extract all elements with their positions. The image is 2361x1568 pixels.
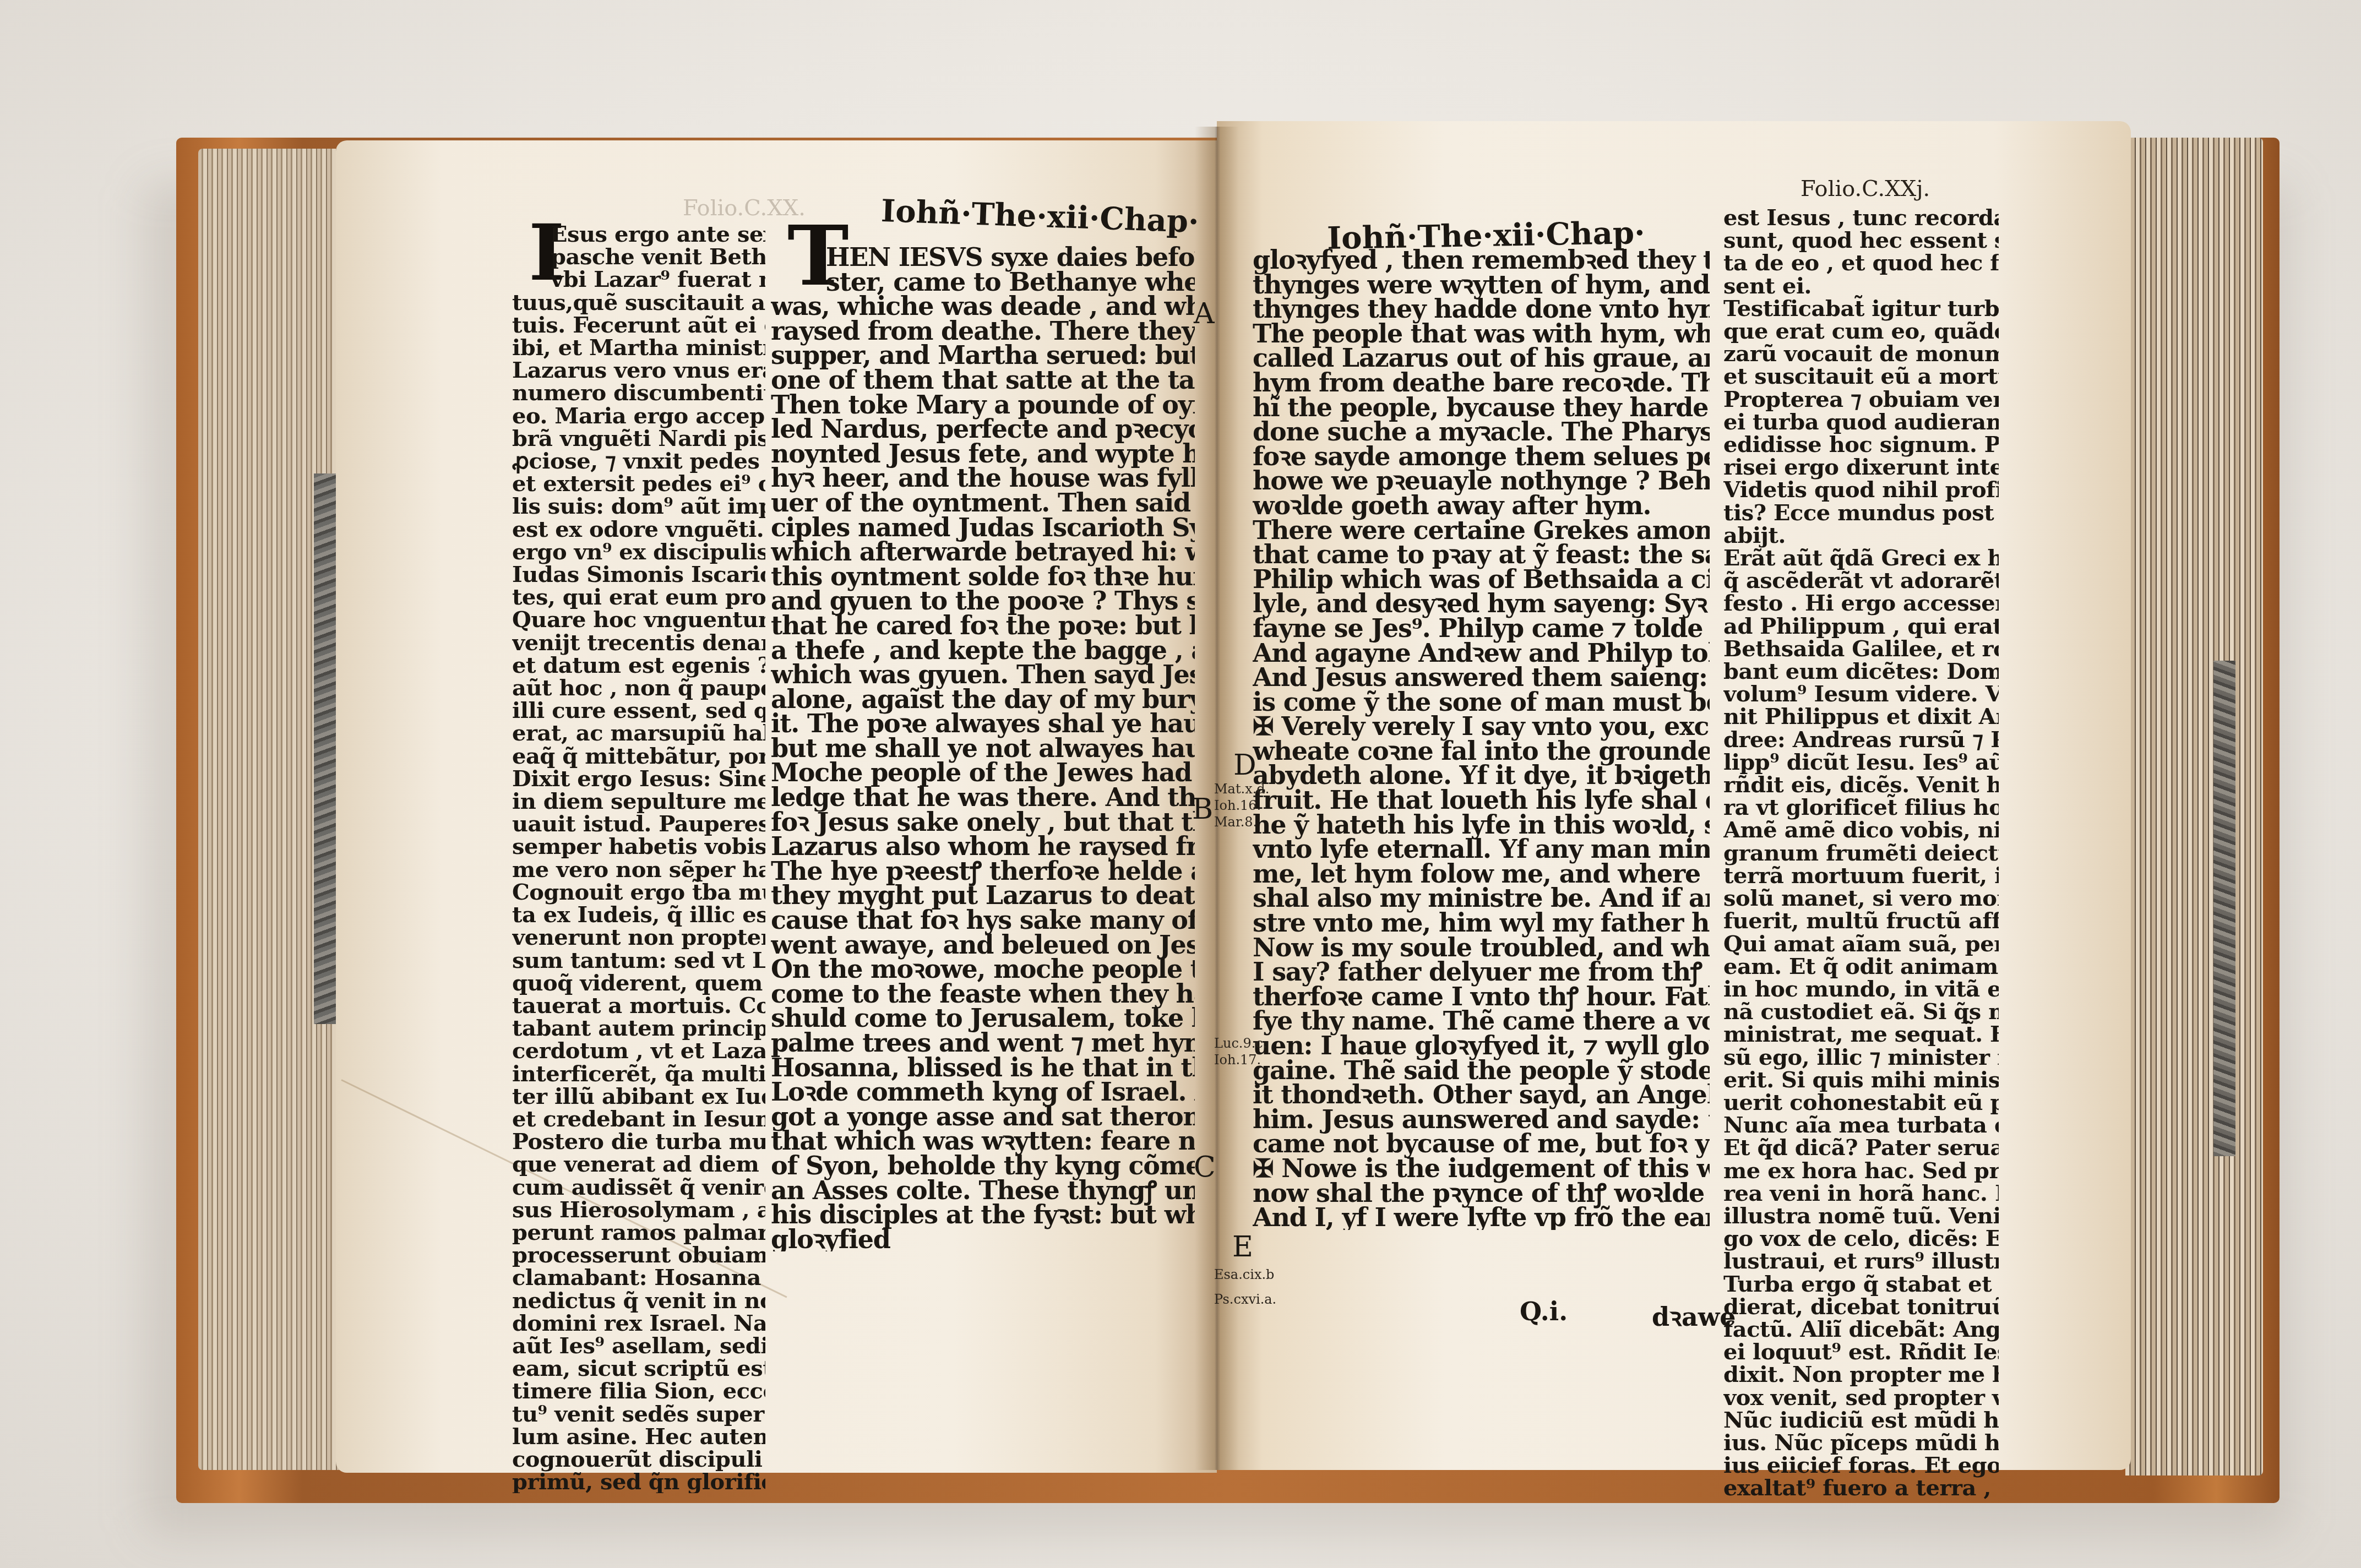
latin-column-left: Esus ergo ante sex diespasche venit Beth…	[512, 223, 765, 1493]
text-line: There were certaine Grekes among them,	[1253, 518, 1710, 543]
text-line: thynges were wꝛytten of hym, and that su…	[1253, 273, 1710, 297]
text-line: uer of the oyntment. Then said one of hy…	[771, 491, 1195, 515]
text-line: gloꝛyfyed , then remembꝛed they that suc…	[1253, 248, 1710, 273]
text-line: Qui amat aĩam suã, perdet	[1723, 933, 1999, 955]
text-line: exaltat⁹ fuero a terra , oẽs	[1723, 1477, 1999, 1499]
text-line: abijt.	[1723, 524, 1999, 547]
text-line: vbi Lazar⁹ fuerat mor-	[512, 268, 765, 291]
text-line: granum frumẽti deiectũ in	[1723, 842, 1999, 864]
text-line: hĩ the people, bycause they harde that h…	[1253, 395, 1710, 420]
catchword: dꝛawe	[1652, 1299, 1736, 1333]
text-line: Loꝛde commeth kyng of Israel. And Jesus	[771, 1080, 1195, 1104]
text-line: lustraui, et rurs⁹ illustrabo.	[1723, 1250, 1999, 1272]
text-line: now shal the pꝛynce of thꝭ woꝛlde be cas…	[1253, 1181, 1710, 1206]
text-line: wheate coꝛne fal into the grounde and dy…	[1253, 739, 1710, 764]
text-line: et credebant in Iesum.	[512, 1108, 765, 1130]
text-line: ta ex Iudeis, q̃ illic esset, ⁊	[512, 903, 765, 926]
text-line: eam. Et q̃ odit animam suã	[1723, 955, 1999, 978]
text-line: nedictus q̃ venit in nomine	[512, 1289, 765, 1312]
text-line: And agayne Andꝛew and Philyp told Jes⁹.	[1253, 641, 1710, 666]
text-line: que venerat ad diem festũ ,	[512, 1153, 765, 1175]
text-line: which afterwarde betrayed hi: why was no…	[771, 540, 1195, 564]
text-line: dree: Andreas rursũ ⁊ Phi-	[1723, 728, 1999, 751]
text-line: et extersit pedes ei⁹ capil-	[512, 472, 765, 495]
text-line: ad Philippum , qui erat a	[1723, 615, 1999, 638]
margin-ref: Mar.8.	[1214, 814, 1257, 830]
text-line: got a yonge asse and sat theron, accoꝛdi…	[771, 1104, 1195, 1129]
text-line: fayne se Jes⁹. Philyp came ⁊ tolde Andꝛe…	[1253, 616, 1710, 641]
text-line: that which was wꝛytten: feare not dought…	[771, 1129, 1195, 1153]
text-line: nit Philippus et dixit An-	[1723, 705, 1999, 728]
text-line: cerdotum , vt et Lazarum	[512, 1039, 765, 1062]
text-line: shal also my ministre be. And if any mã …	[1253, 886, 1710, 911]
margin-letter-b: B	[1192, 793, 1213, 826]
text-line: called Lazarus out of his graue, and ray…	[1253, 346, 1710, 371]
text-line: Propterea ⁊ obuiam venit	[1723, 388, 1999, 411]
text-line: processerunt obuiam ei , et	[512, 1244, 765, 1266]
text-line: he ỹ hateth his lyfe in this woꝛld, shal…	[1253, 813, 1710, 837]
text-line: shuld come to Jerusalem, toke bꝛaunches …	[771, 1006, 1195, 1031]
english-column-right: gloꝛyfyed , then remembꝛed they that suc…	[1253, 248, 1710, 1230]
margin-ref: Luc.9.c.	[1214, 1035, 1267, 1052]
text-line: hyꝛ heer, and the house was fylled of th…	[771, 466, 1195, 491]
text-line: gloꝛyfied	[771, 1227, 1195, 1252]
text-line: me, let hym folow me, and where I am, th…	[1253, 862, 1710, 886]
text-line: it thondꝛeth. Other sayd, an Angell spak…	[1253, 1082, 1710, 1107]
text-line: led Nardus, perfecte and pꝛecyous , and …	[771, 417, 1195, 442]
text-line: Amẽ amẽ dico vobis, nisi	[1723, 819, 1999, 841]
text-line: primũ, sed q̃n glorificat⁹	[512, 1471, 765, 1493]
margin-ref: Ioh.17.	[1214, 1052, 1261, 1068]
text-line: Et q̃d dicã? Pater seruato	[1723, 1136, 1999, 1159]
text-line: perunt ramos palmarum, ⁊	[512, 1221, 765, 1244]
text-line: ta de eo , et quod hec fecis-	[1723, 252, 1999, 274]
text-line: hym from deathe bare recoꝛde. Therfoꝛe m…	[1253, 371, 1710, 395]
latin-column-right: est Iesus , tunc recordatisunt, quod hec…	[1723, 206, 1999, 1500]
text-line: me ex hora hac. Sed propte	[1723, 1159, 1999, 1182]
text-line: in hoc mundo, in vitã eter-	[1723, 978, 1999, 1000]
text-line: venerunt non propter Ie-	[512, 926, 765, 949]
text-line: fye thy name. Thẽ came there a voice frõ…	[1253, 1009, 1710, 1033]
text-line: The people that was with hym, when he	[1253, 322, 1710, 346]
text-line: semper habetis vobiscum ,	[512, 835, 765, 858]
margin-letter-e: E	[1232, 1231, 1253, 1264]
text-line: ibi, et Martha ministrabat.	[512, 336, 765, 359]
text-line: woꝛlde goeth away after hym.	[1253, 493, 1710, 518]
text-line: eo. Maria ergo accepit li-	[512, 405, 765, 427]
text-line: lis suis: dom⁹ aũt impleta	[512, 495, 765, 518]
margin-ref: Ioh.16.	[1214, 797, 1261, 814]
text-line: nã custodiet eã. Si q̃s mihi	[1723, 1000, 1999, 1023]
margin-ref: Mat.x.d.	[1214, 781, 1269, 797]
text-line: abydeth alone. Yf it dye, it bꝛigeth foꝛ…	[1253, 763, 1710, 788]
text-line: ei turba quod audierant eũ	[1723, 411, 1999, 433]
text-line: Nunc aĩa mea turbata est.	[1723, 1114, 1999, 1136]
text-line: lum asine. Hec autem non	[512, 1425, 765, 1448]
text-line: tu⁹ venit sedẽs super pul	[512, 1403, 765, 1425]
text-line: cognouerũt discipuli ei⁹	[512, 1448, 765, 1471]
text-line: et suscitauit eũ a mortuis .	[1723, 365, 1999, 388]
text-line: done suche a myꝛacle. The Pharyseys ther…	[1253, 420, 1710, 444]
text-line: erat, ac marsupiũ habebat,	[512, 722, 765, 744]
text-line: was, whiche was deade , and whome Jesus	[771, 294, 1195, 319]
text-line: sũ ego, illic ⁊ minister me⁹	[1723, 1046, 1999, 1069]
text-line: que erat cum eo, quãdo La-	[1723, 320, 1999, 342]
text-line: risei ergo dixerunt inter se	[1723, 456, 1999, 478]
text-line: bant eum dicẽtes: Domine	[1723, 660, 1999, 683]
text-line: festo . Hi ergo accesserunt	[1723, 592, 1999, 614]
text-line: uerit cohonestabit eũ pat.	[1723, 1091, 1999, 1114]
text-line: raysed from deathe. There they made hym …	[771, 319, 1195, 344]
text-line: supper, and Martha serued: but Lazar⁹ wa…	[771, 343, 1195, 368]
text-line: edidisse hoc signum. Pha-	[1723, 433, 1999, 456]
text-line: uen: I haue gloꝛyfyed it, ⁊ wyll gloꝛify…	[1253, 1033, 1710, 1058]
text-line: est ex odore vnguẽti. Dixit	[512, 518, 765, 541]
text-line: is come ỹ the sone of man must be gloꝛyf…	[1253, 690, 1710, 715]
text-line: volum⁹ Iesum videre. Ve-	[1723, 683, 1999, 705]
text-line: howe we pꝛeuayle nothynge ? Beholde the	[1253, 469, 1710, 493]
text-line: ei loquut⁹ est. Rñdit Ies⁹ et	[1723, 1341, 1999, 1363]
text-line: pasche venit Bethaniã,	[512, 246, 765, 268]
text-line: foꝛ Jesus sake onely , but that they myg…	[771, 810, 1195, 835]
text-line: terrã mortuum fuerit, ipsũ	[1723, 864, 1999, 887]
text-line: his disciples at the fyꝛst: but when Jes…	[771, 1202, 1195, 1227]
text-line: est Iesus , tunc recordati	[1723, 206, 1999, 229]
text-line: dierat, dicebat tonitruũ esse	[1723, 1295, 1999, 1318]
text-line: eam, sicut scriptũ est. Noli	[512, 1357, 765, 1380]
text-line: venijt trecentis denarijs ,	[512, 631, 765, 654]
text-line: aũt Ies⁹ asellam, sedit sup	[512, 1335, 765, 1357]
text-line: tuis. Fecerunt aũt ei cenã	[512, 314, 765, 336]
text-line: clamabant: Hosanna , be-	[512, 1266, 765, 1289]
text-line: vox venit, sed propter vos.	[1723, 1386, 1999, 1409]
text-line: therfoꝛe came I vnto thꝭ hour. Father gl…	[1253, 984, 1710, 1009]
text-line: ius eiicief foras. Et ego si	[1723, 1454, 1999, 1477]
text-line: sunt, quod hec essent scrip-	[1723, 229, 1999, 252]
text-line: it. The poꝛe alwayes shal ye haue with y…	[771, 711, 1195, 736]
text-line: that came to pꝛay at ỹ feast: the same c…	[1253, 542, 1710, 567]
text-line: tes, qui erat eum proditur⁹	[512, 586, 765, 608]
text-line: ergo vn⁹ ex discipulis ei⁹	[512, 541, 765, 563]
text-line: cause that foꝛ hys sake many of the Jewe…	[771, 908, 1195, 933]
text-line: a thefe , and kepte the bagge , and bare…	[771, 638, 1195, 663]
text-line: an Asses colte. These thyngꝭ understode …	[771, 1178, 1195, 1203]
text-line: noynted Jesus fete, and wypte hys fete w…	[771, 442, 1195, 466]
text-line: gaine. Thẽ said the people ỹ stode by ⁊ …	[1253, 1058, 1710, 1083]
text-line: On the moꝛowe, moche people that were	[771, 957, 1195, 982]
text-line: Cognouit ergo t̃ba mul-	[512, 881, 765, 903]
text-line: Nũc iudiciũ est mũdi hu-	[1723, 1409, 1999, 1431]
text-line: tis? Ecce mundus post eum	[1723, 502, 1999, 524]
text-line: rea veni in horã hanc. Pat	[1723, 1182, 1999, 1205]
text-line: solũ manet, si vero mortuũ	[1723, 887, 1999, 910]
text-line: Esus ergo ante sex dies	[512, 223, 765, 246]
text-line: foꝛe sayde amonge them selues perceyue y…	[1253, 444, 1710, 469]
text-line: Dixit ergo Iesus: Sine illã	[512, 767, 765, 790]
text-line: stre vnto me, him wyl my father honour. …	[1253, 911, 1710, 935]
text-line: Hosanna, blissed is he that in the name …	[771, 1055, 1195, 1080]
text-line: zarũ vocauit de monumẽto	[1723, 342, 1999, 365]
english-column-left: HEN IESVS syxe daies befoꝛe Ea-ster, cam…	[771, 245, 1195, 1251]
text-line: vnto lyfe eternall. Yf any man ministre …	[1253, 837, 1710, 862]
text-line: tabant autem principes sa-	[512, 1017, 765, 1039]
marbled-endpaper-right	[2213, 661, 2235, 1156]
text-line: went awaye, and beleued on Jesus.	[771, 933, 1195, 957]
text-line: of Syon, beholde thy kyng cõmeth syttyng…	[771, 1153, 1195, 1178]
text-line: Erãt aũt q̃dã Greci ex his	[1723, 547, 1999, 569]
text-line: thynges they hadde done vnto hym.	[1253, 297, 1710, 322]
text-line: tuus,quẽ suscitauit a mor-	[512, 291, 765, 314]
text-line: palme trees and went ⁊ met hym, and crye…	[771, 1031, 1195, 1055]
text-line: q̃ ascẽderãt vt adorarẽt in	[1723, 569, 1999, 592]
text-line: ra vt glorificet̃ filius hoĩs.	[1723, 796, 1999, 819]
text-line: erit. Si quis mihi ministra-	[1723, 1069, 1999, 1091]
text-line: ter illũ abibant ex Iudeis,	[512, 1085, 765, 1108]
text-line: domini rex Israel. Nactus	[512, 1312, 765, 1335]
text-line: in diem sepulture mee ser-	[512, 790, 765, 813]
margin-letter-c: C	[1194, 1151, 1216, 1184]
text-line: and gyuen to the pooꝛe ? Thys sayde he, …	[771, 589, 1195, 613]
text-line: lyle, and desyꝛed hym sayeng: Syꝛ we wol…	[1253, 591, 1710, 616]
text-line: tauerat a mortuis. Consul-	[512, 994, 765, 1017]
text-line: ledge that he was there. And they came, …	[771, 785, 1195, 810]
text-line: Philip which was of Bethsaida a citie in…	[1253, 567, 1710, 592]
text-line: illustra nomẽ tuũ. Venit er-	[1723, 1205, 1999, 1227]
text-line: they myght put Lazarus to deathe also, b…	[771, 883, 1195, 908]
text-line: dixit. Non propter me hec	[1723, 1363, 1999, 1386]
text-line: uauit istud. Pauperes enim	[512, 813, 765, 835]
text-line: ministrat, me sequat̃. Et vbi	[1723, 1023, 1999, 1046]
text-line: HEN IESVS syxe daies befoꝛe Ea-	[771, 245, 1195, 270]
text-line: fuerit, multũ fructũ affert .	[1723, 910, 1999, 932]
text-line: aũt hoc , non q̃ pauperes	[512, 677, 765, 699]
text-line: sent ei.	[1723, 275, 1999, 297]
text-line: go vox de celo, dicẽs: Et il-	[1723, 1227, 1999, 1250]
text-line: ster, came to Bethanye where Lazarus	[771, 270, 1195, 295]
text-line: Moche people of the Jewes had knowe-	[771, 760, 1195, 785]
text-line: came not bycause of me, but foꝛ your sak…	[1253, 1131, 1710, 1156]
text-line: ius. Nũc pĩceps mũdi hu-	[1723, 1431, 1999, 1454]
text-line: sus Hierosolymam , acce-	[512, 1199, 765, 1221]
text-line: illi cure essent, sed quia fur	[512, 699, 765, 722]
text-line: timere filia Sion, ecce rex	[512, 1380, 765, 1402]
text-line: Iudas Simonis Iscario-	[512, 563, 765, 586]
margin-letter-d: D	[1233, 749, 1256, 782]
margin-ref: Ps.cxvi.a.	[1214, 1291, 1276, 1308]
text-line: And I, yf I were lyfte vp frõ the earth,…	[1253, 1205, 1710, 1230]
text-line: me vero non sẽper habetis .	[512, 858, 765, 881]
text-line: but me shall ye not alwayes haue.	[771, 736, 1195, 761]
text-line: come to the feaste when they harde that …	[771, 982, 1195, 1006]
text-line: Testificabat̃ igitur turba	[1723, 297, 1999, 320]
text-line: Then toke Mary a pounde of oyntment cal-	[771, 393, 1195, 417]
text-line: numero discumbentiũ cum	[512, 382, 765, 404]
text-line: Turba ergo q̃ stabat et au-	[1723, 1273, 1999, 1295]
folio-number: Folio.C.XXj.	[1800, 176, 1930, 202]
text-line: Quare hoc vnguentum nõ	[512, 608, 765, 631]
text-line: I say? father delyuer me from thꝭ houre:…	[1253, 960, 1710, 984]
margin-ref: Esa.cix.b	[1214, 1266, 1274, 1283]
text-line: Lazarus also whom he raysed from deathe.	[771, 834, 1195, 859]
text-line: Bethsaida Galilee, et roga-	[1723, 638, 1999, 660]
text-line: ✠ Nowe is the iudgement of this woꝛlde:	[1253, 1156, 1710, 1181]
text-line: Postero die turba multa	[512, 1130, 765, 1153]
text-line: ꝓciose, ⁊ vnxit pedes Iesu,	[512, 450, 765, 472]
text-line: alone, agaĩst the day of my buryeng she …	[771, 687, 1195, 712]
signature-mark: Q.i.	[1520, 1297, 1568, 1326]
text-line: sum tantum: sed vt Lazarũ	[512, 949, 765, 972]
margin-letter-a: A	[1194, 297, 1215, 330]
right-page-edges	[2125, 138, 2263, 1476]
text-line: brã vnguẽti Nardi pistice	[512, 427, 765, 450]
text-line: which was gyuen. Then sayd Jes⁹ : Let hy…	[771, 662, 1195, 687]
text-line: quoq̃ viderent, quem susci	[512, 972, 765, 994]
text-line: The hye pꝛeestꝭ therfoꝛe helde a counsel…	[771, 859, 1195, 884]
text-line: interficerẽt, q̃a multi prop-	[512, 1063, 765, 1085]
text-line: Videtis quod nihil proficĩ	[1723, 478, 1999, 501]
text-line: lipp⁹ dicũt Iesu. Ies⁹ aũt	[1723, 751, 1999, 774]
text-line: eaq̃ q̃ mittebãtur, portabat.	[512, 745, 765, 767]
text-line: ✠ Verely verely I say vnto you, except t…	[1253, 714, 1710, 739]
text-line: Lazarus vero vnus erat de	[512, 359, 765, 382]
text-line: this oyntment solde foꝛ thꝛe hundꝛeth pe…	[771, 564, 1195, 589]
text-line: him. Jesus aunswered and sayde: this voi…	[1253, 1107, 1710, 1132]
text-line: factũ. Aliĩ dicebãt: Angel⁹	[1723, 1318, 1999, 1341]
text-line: et datum est egenis ? Dixit	[512, 654, 765, 677]
text-line: Now is my soule troubled, and what shal	[1253, 935, 1710, 960]
text-line: cum audissẽt q̃ veniret Ie-	[512, 1176, 765, 1199]
text-line: fruit. He that loueth his lyfe shal dest…	[1253, 788, 1710, 813]
text-line: that he cared foꝛ the poꝛe: but bicause …	[771, 613, 1195, 638]
text-line: And Jesus answered them saieng: the hour…	[1253, 665, 1710, 690]
text-line: rñdit eis, dicẽs. Venit ho-	[1723, 774, 1999, 796]
text-line: ciples named Judas Iscarioth Symõs sone	[771, 515, 1195, 540]
text-line: one of them that satte at the table with…	[771, 368, 1195, 393]
